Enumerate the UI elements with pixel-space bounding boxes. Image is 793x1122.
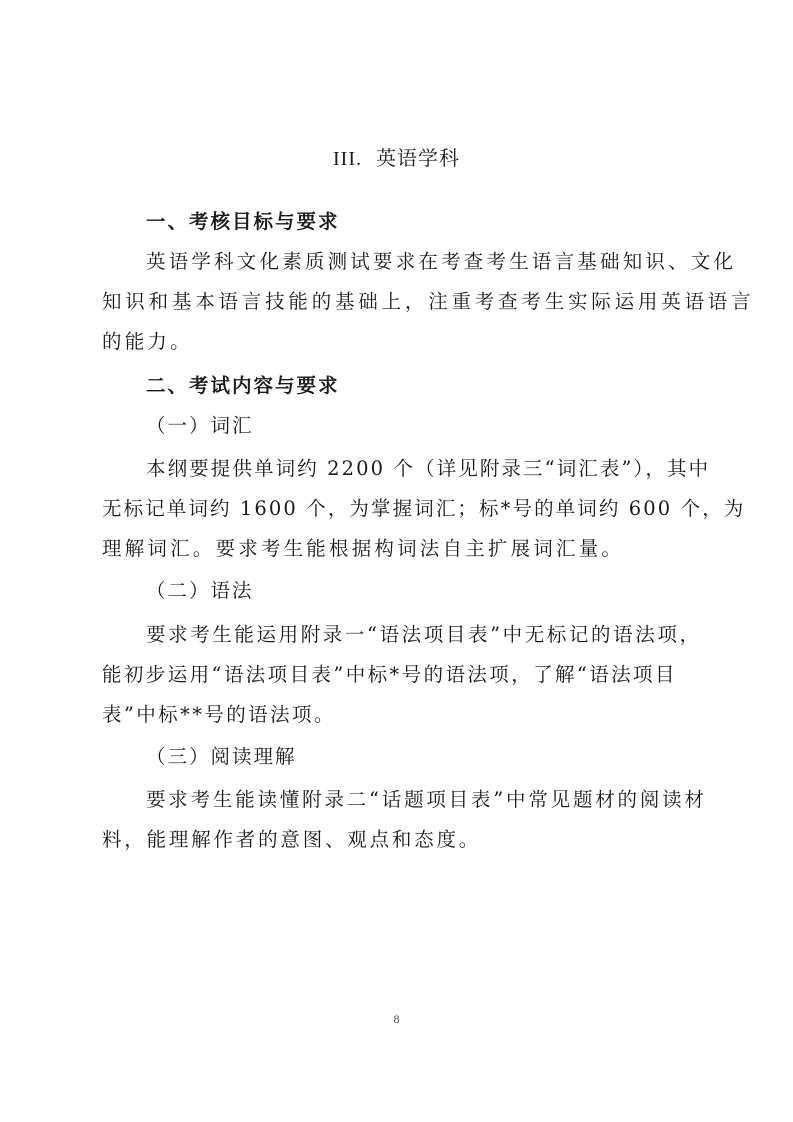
section-heading-content: 二、考试内容与要求 (146, 372, 736, 400)
section-heading-objectives: 一、考核目标与要求 (146, 208, 736, 236)
paragraph-line: 要求考生能读懂附录二“话题项目表”中常见题材的阅读材 (146, 786, 736, 814)
paragraph-line: 英语学科文化素质测试要求在考查考生语言基础知识、文化 (146, 248, 736, 276)
paragraph-line: 知识和基本语言技能的基础上，注重考查考生实际运用英语语言 (102, 288, 692, 316)
paragraph-line: 能初步运用“语法项目表”中标*号的语法项，了解“语法项目 (102, 661, 692, 689)
page-title: III.英语学科 (0, 144, 793, 173)
paragraph-line: 表”中标**号的语法项。 (102, 701, 692, 729)
title-subject: 英语学科 (376, 146, 460, 170)
paragraph-line: 要求考生能运用附录一“语法项目表”中无标记的语法项， (146, 621, 736, 649)
paragraph-line: 无标记单词约 1600 个，为掌握词汇；标*号的单词约 600 个，为 (102, 495, 692, 523)
page-number: 8 (0, 1012, 793, 1027)
paragraph-line: 料，能理解作者的意图、观点和态度。 (102, 826, 692, 854)
paragraph-line: 的能力。 (102, 328, 692, 356)
paragraph-line: 本纲要提供单词约 2200 个（详见附录三“词汇表”），其中 (146, 455, 736, 483)
title-number: III. (333, 148, 362, 170)
subsection-heading-reading: （三）阅读理解 (146, 743, 736, 771)
document-page: III.英语学科 一、考核目标与要求 英语学科文化素质测试要求在考查考生语言基础… (0, 0, 793, 1122)
paragraph-line: 理解词汇。要求考生能根据构词法自主扩展词汇量。 (102, 535, 692, 563)
subsection-heading-vocabulary: （一）词汇 (146, 412, 736, 440)
subsection-heading-grammar: （二）语法 (146, 577, 736, 605)
